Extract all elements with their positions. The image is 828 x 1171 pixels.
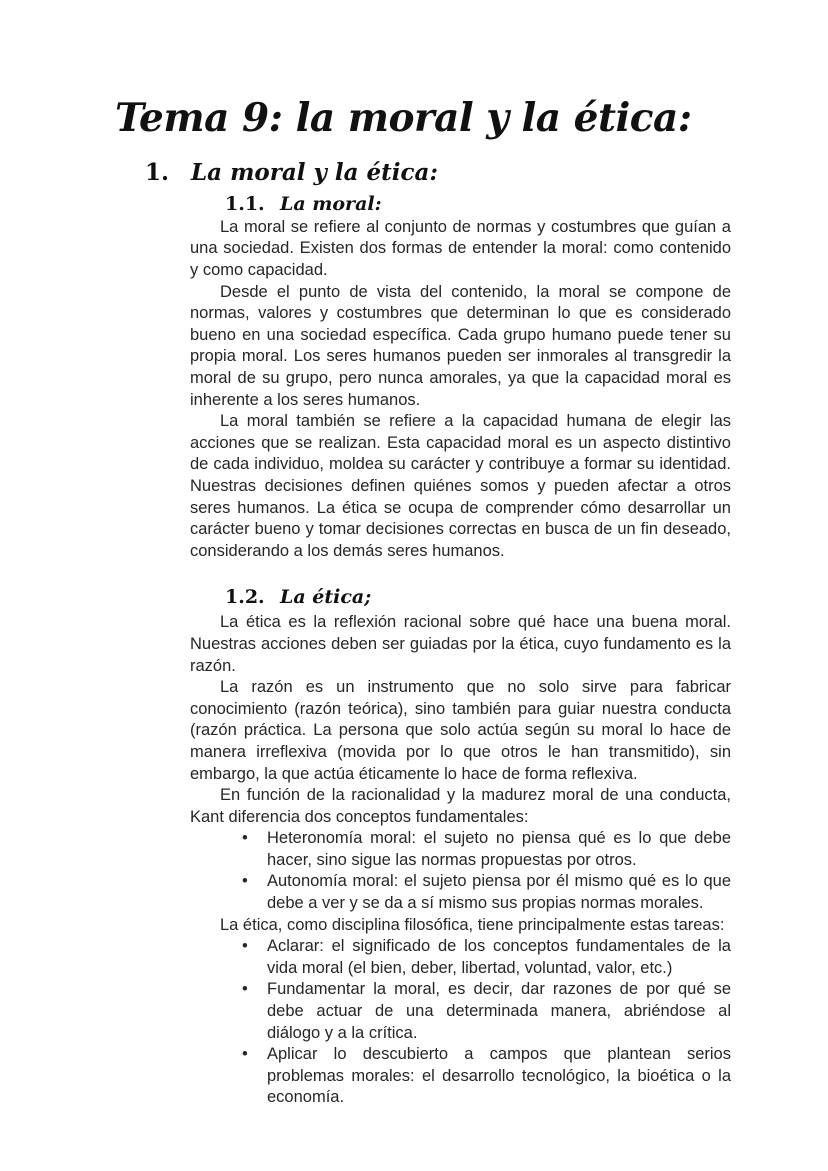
paragraph: La moral se refiere al conjunto de norma… [190, 217, 731, 282]
paragraph: En función de la racionalidad y la madur… [190, 785, 731, 828]
subsection-1-2-body: La ética es la reflexión racional sobre … [190, 612, 731, 1109]
subsection-1-1-body: La moral se refiere al conjunto de norma… [190, 217, 731, 563]
list-item: Fundamentar la moral, es decir, dar razo… [190, 979, 731, 1044]
subsection-1-2-title: La ética; [280, 586, 371, 608]
paragraph: La razón es un instrumento que no solo s… [190, 677, 731, 785]
paragraph: La ética, como disciplina filosófica, ti… [190, 915, 731, 937]
subsection-1-1-heading: 1.1.La moral: [225, 193, 828, 215]
ethics-tasks-list: Aclarar: el significado de los conceptos… [190, 936, 731, 1109]
paragraph: La ética es la reflexión racional sobre … [190, 612, 731, 677]
subsection-1-2-number: 1.2. [225, 586, 280, 608]
section-1-title: La moral y la ética: [191, 159, 438, 186]
document-page: Tema 9: la moral y la ética: 1.La moral … [0, 0, 828, 1171]
subsection-1-1-number: 1.1. [225, 193, 280, 215]
subsection-1-2-heading: 1.2.La ética; [225, 586, 828, 608]
list-item: Heteronomía moral: el sujeto no piensa q… [190, 828, 731, 871]
kant-concepts-list: Heteronomía moral: el sujeto no piensa q… [190, 828, 731, 914]
section-1-number: 1. [145, 159, 191, 186]
section-1-heading: 1.La moral y la ética: [145, 159, 828, 186]
paragraph: La moral también se refiere a la capacid… [190, 411, 731, 562]
page-title: Tema 9: la moral y la ética: [115, 96, 828, 141]
subsection-1-1-title: La moral: [280, 193, 382, 215]
list-item: Aclarar: el significado de los conceptos… [190, 936, 731, 979]
paragraph: Desde el punto de vista del contenido, l… [190, 282, 731, 412]
list-item: Aplicar lo descubierto a campos que plan… [190, 1044, 731, 1109]
list-item: Autonomía moral: el sujeto piensa por él… [190, 871, 731, 914]
